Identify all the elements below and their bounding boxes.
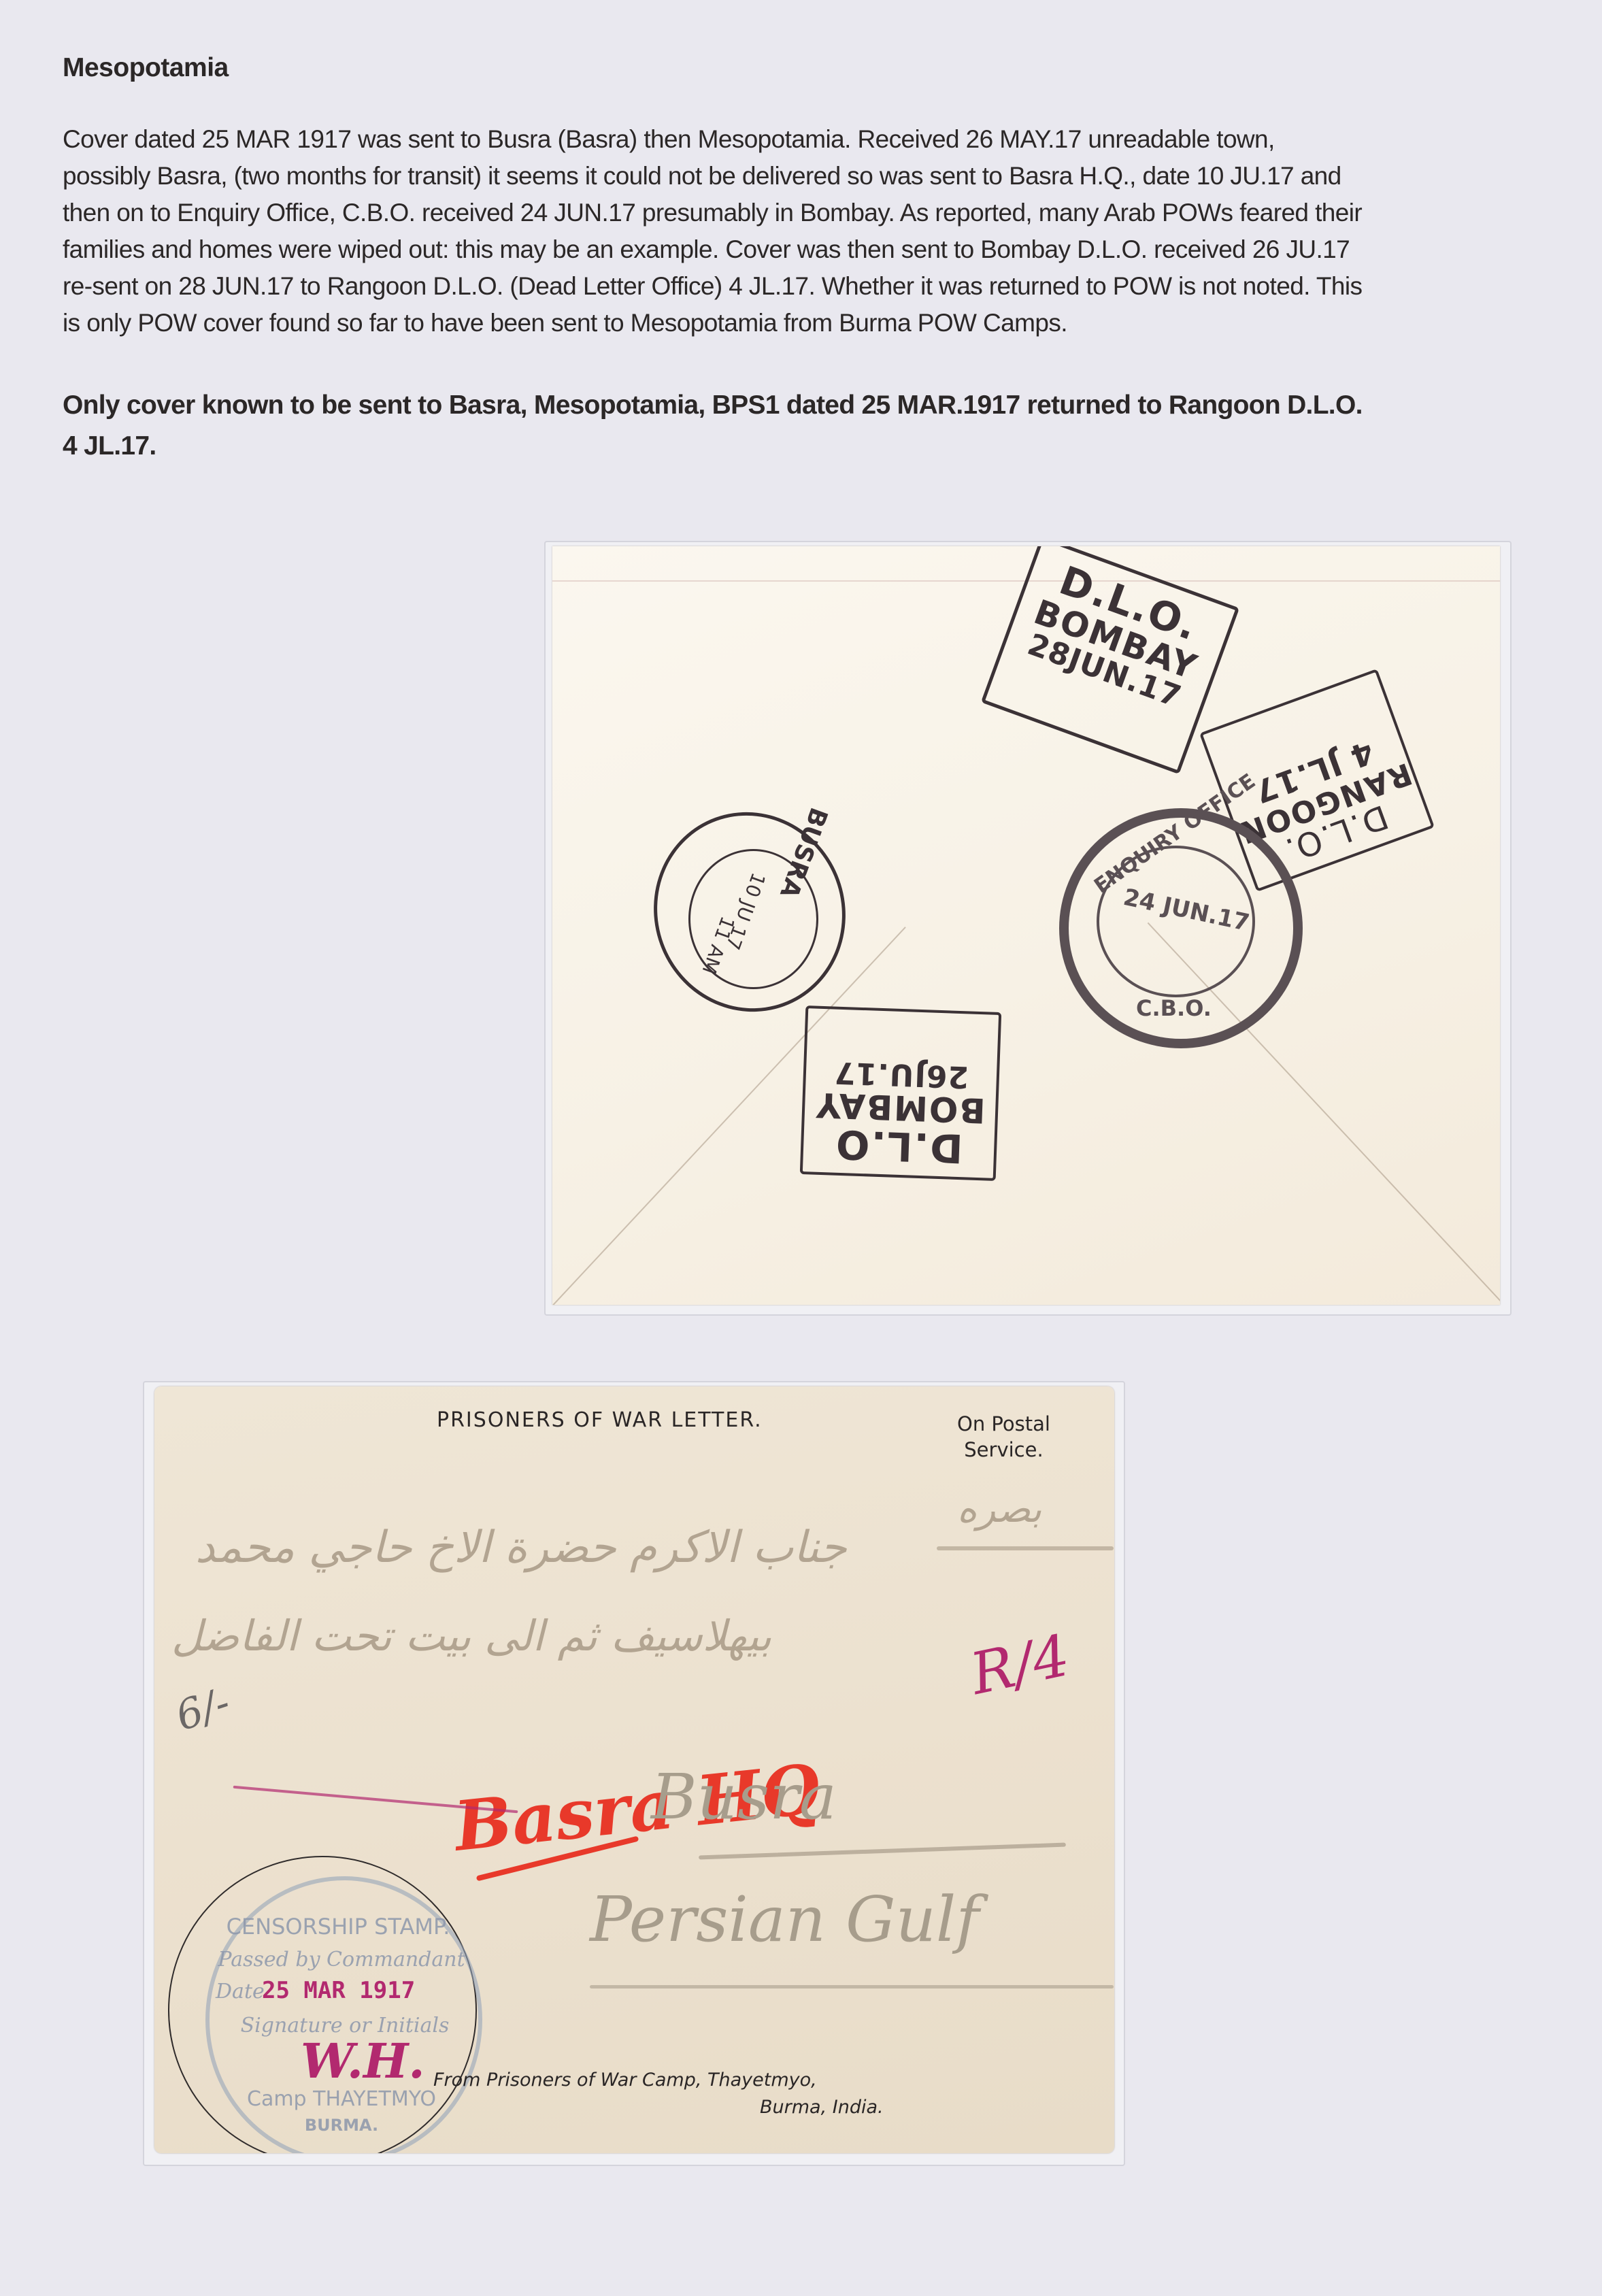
registration-mark: R/4 (965, 1622, 1075, 1708)
from-line: From Prisoners of War Camp, Thayetmyo, (433, 2069, 817, 2091)
summary-line: Only cover known to be sent to Basra, Me… (63, 385, 1586, 426)
description-line: families and homes were wiped out: this … (63, 231, 1586, 268)
address-persian-gulf: Persian Gulf (590, 1883, 979, 1956)
arabic-address-line: بيهلاسيف ثم الى بيت تحت الفاضل (171, 1611, 771, 1661)
description-line: re-sent on 28 JUN.17 to Rangoon D.L.O. (… (63, 268, 1586, 305)
pow-letter-heading: PRISONERS OF WAR LETTER. (437, 1408, 763, 1432)
service-line: On Postal (957, 1411, 1050, 1437)
arabic-destination: بصره (957, 1487, 1041, 1531)
summary: Only cover known to be sent to Basra, Me… (63, 385, 1586, 467)
stamp-line: 26JU.17 (805, 1055, 997, 1093)
cover-back: D.L.O. BOMBAY 28JUN.17 D.L.O. RANGOON 4 … (552, 546, 1500, 1305)
from-line: Burma, India. (433, 2094, 884, 2121)
description-line: then on to Enquiry Office, C.B.O. receiv… (63, 195, 1586, 231)
service-line: Service. (957, 1437, 1050, 1463)
pencil-rate-mark: 6/- (170, 1679, 235, 1741)
summary-line: 4 JL.17. (63, 426, 1586, 467)
on-postal-service: On Postal Service. (957, 1411, 1050, 1463)
description: Cover dated 25 MAR 1917 was sent to Busr… (63, 121, 1586, 342)
postmark-text: C.B.O. (1136, 995, 1212, 1021)
censor-text: Passed by Commandant (212, 1948, 471, 1971)
arabic-address-line: جناب الاكرم حضرة الاخ حاجي محمد (195, 1523, 847, 1573)
address-underline (699, 1843, 1066, 1860)
address-busra: Busra (651, 1761, 837, 1833)
description-line: possibly Basra, (two months for transit)… (63, 158, 1586, 195)
page-title: Mesopotamia (63, 53, 229, 83)
censor-text: Date (216, 1980, 265, 2003)
cover-front: PRISONERS OF WAR LETTER. On Postal Servi… (154, 1386, 1114, 2153)
censor-text: CENSORSHIP STAMP. (212, 1914, 464, 1940)
address-underline (590, 1985, 1114, 1989)
censor-text: BURMA. (219, 2116, 464, 2135)
underline (937, 1546, 1114, 1550)
sender-camp-address: From Prisoners of War Camp, Thayetmyo, B… (433, 2067, 884, 2121)
description-line: is only POW cover found so far to have b… (63, 305, 1586, 342)
dlo-bombay-26ju-stamp: D.L.O BOMBAY 26JU.17 (800, 1005, 1001, 1181)
description-line: Cover dated 25 MAR 1917 was sent to Busr… (63, 121, 1586, 158)
censor-date-stamp: 25 MAR 1917 (262, 1977, 415, 2004)
censor-initials: W.H. (301, 2033, 425, 2089)
censor-text: Camp THAYETMYO (219, 2087, 464, 2111)
